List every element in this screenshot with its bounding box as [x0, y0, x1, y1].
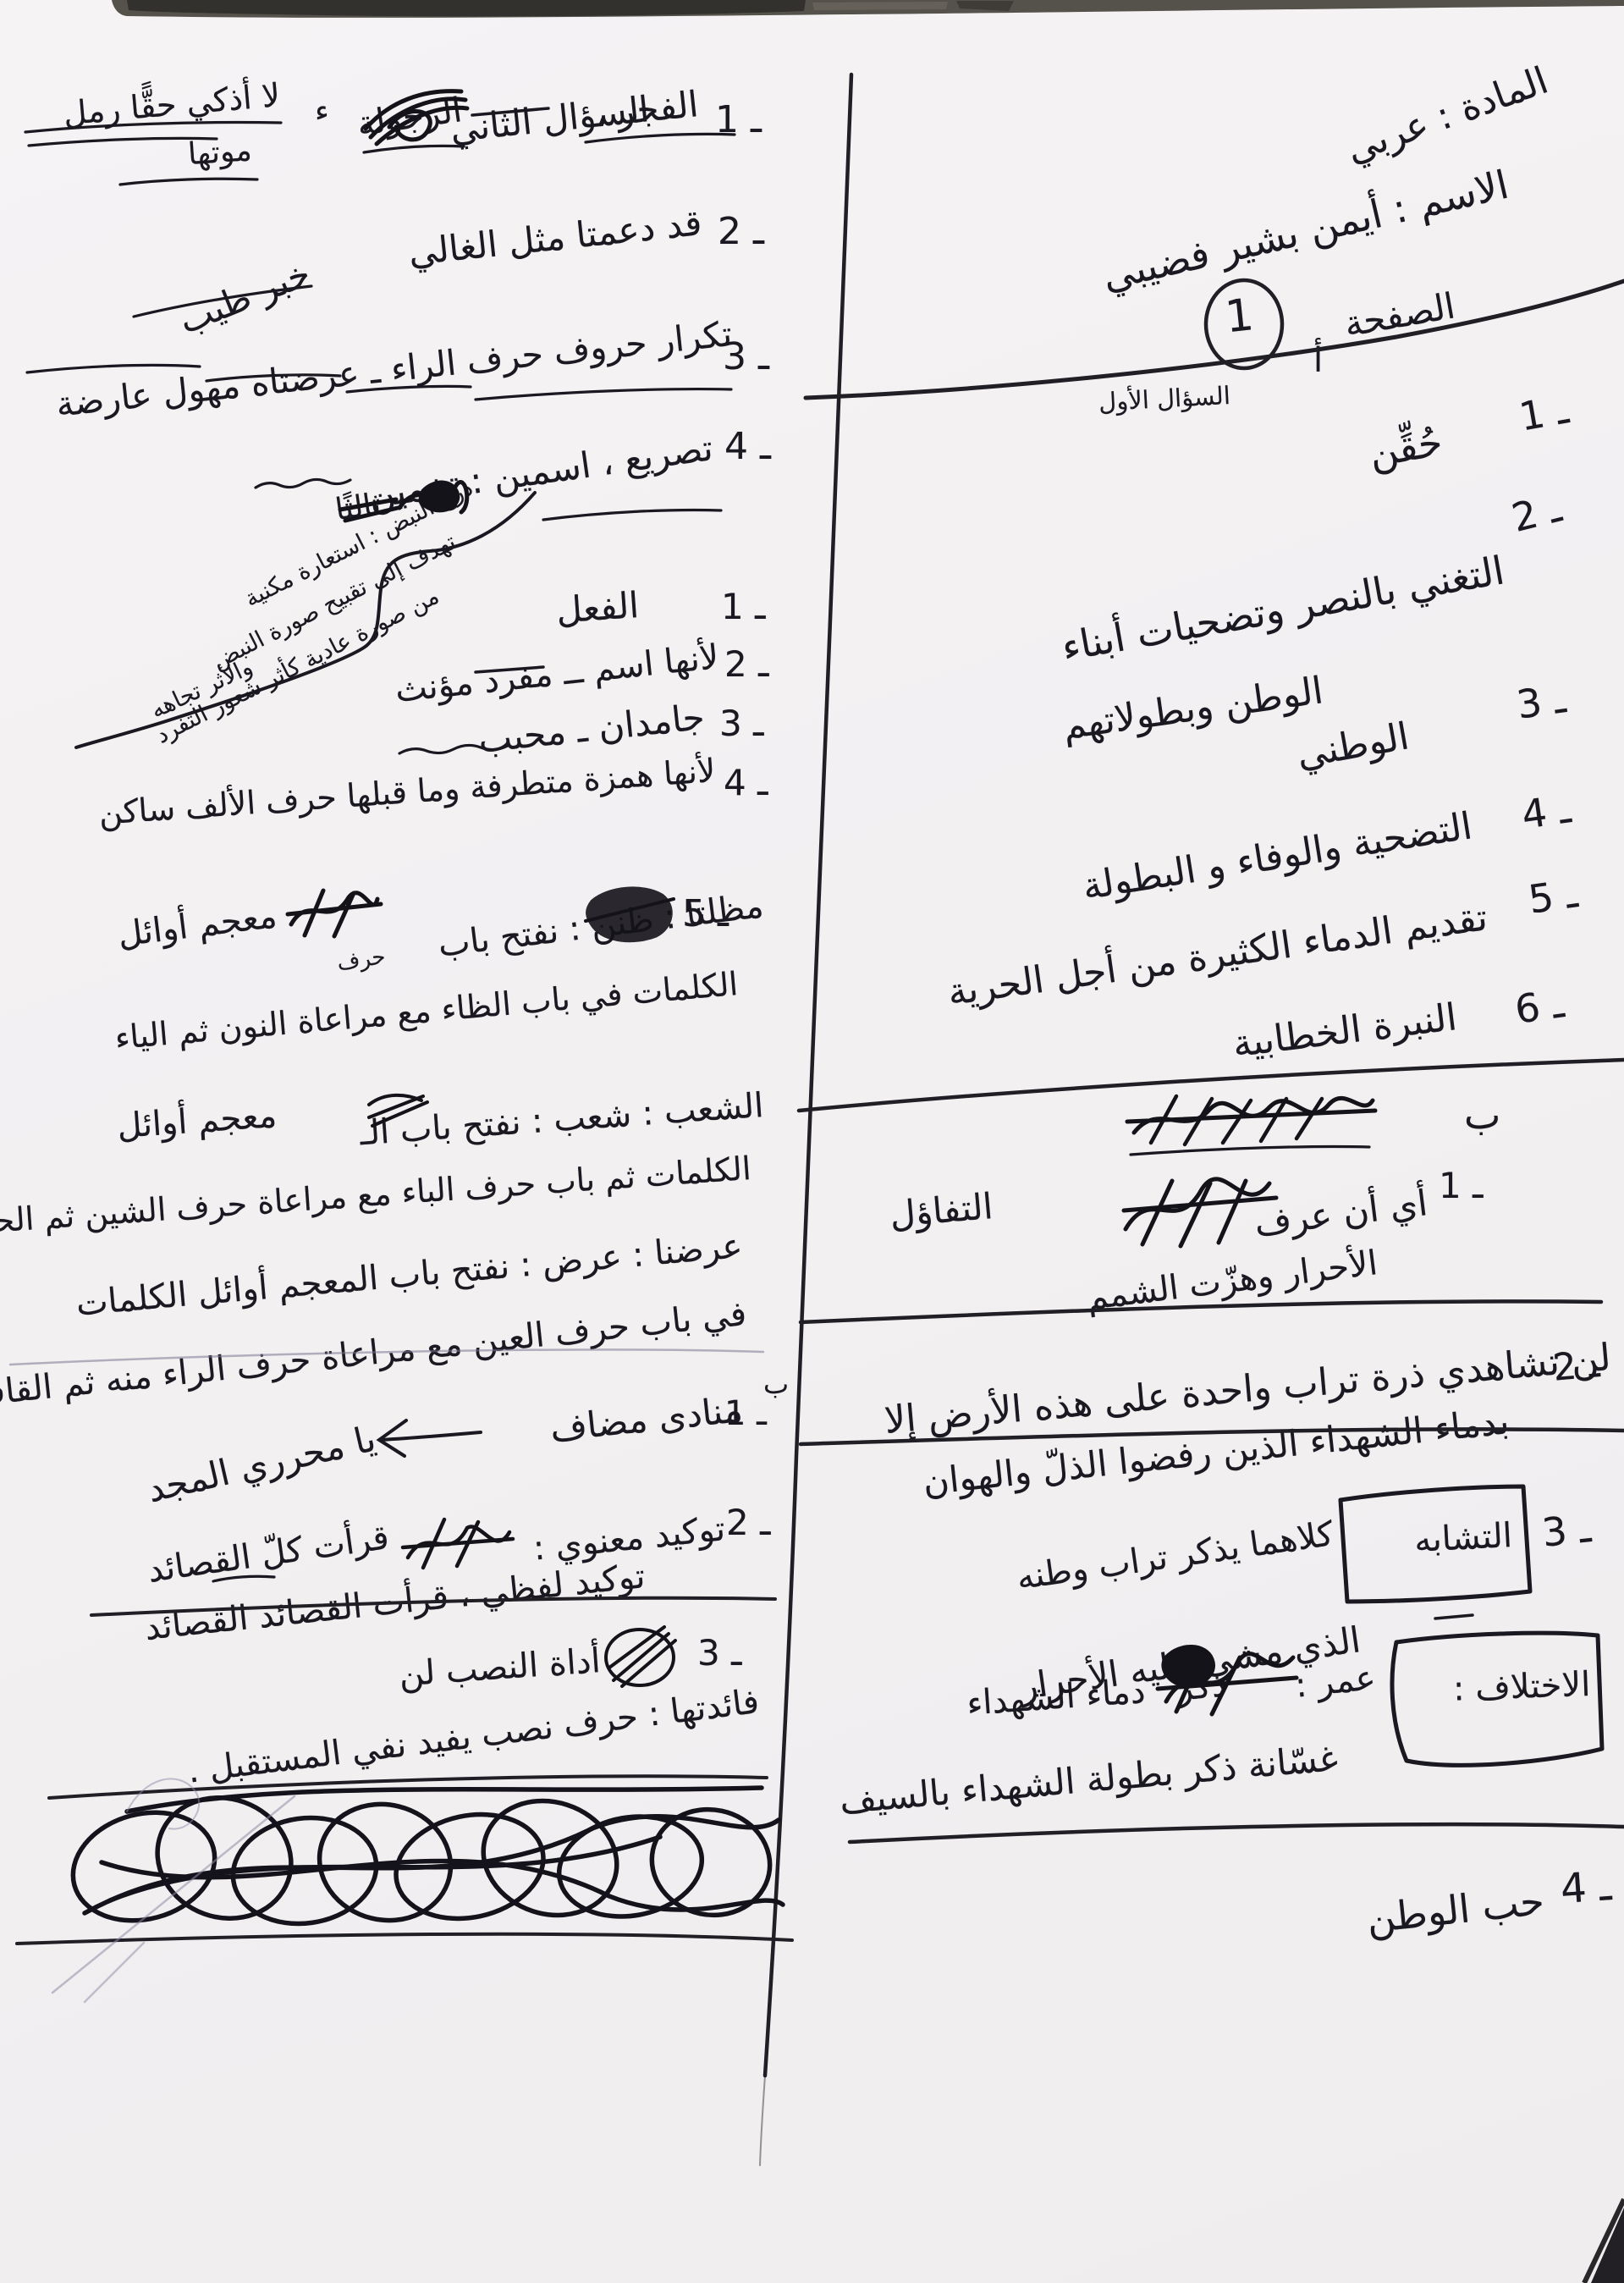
- q1-a5-text: تقديم الدماء الكثيرة من أجل الحرية: [945, 897, 1490, 1013]
- third-i3-text: جامدان ـ محبب: [476, 698, 707, 760]
- third-i1-number: 1 ـ: [721, 587, 765, 626]
- q2-i1-tail2: موتها: [186, 134, 252, 172]
- q1-a4-number: 4 ـ: [1519, 787, 1573, 836]
- q1-a2-number: 2 ـ: [1508, 487, 1566, 540]
- q2-i2-number: 2 ـ: [718, 212, 764, 252]
- q2b-i3-text: أداة النصب لن: [398, 1642, 602, 1694]
- q1-a3-text: الوطني: [1293, 716, 1412, 776]
- q2-i2-tail: خبر طيب: [174, 254, 317, 342]
- q2-i1-word1: الفجر ،: [592, 85, 700, 135]
- q2b-i3-line2: فائدتها : حرف نصب يفيد نفي المستقبل .: [186, 1683, 762, 1790]
- q1-a4-text: التضحية والوفاء و البطولة: [1080, 806, 1475, 908]
- q2-i1-word2: الرجولة: [355, 91, 464, 143]
- q2b-i1-example: يا محرري المجد: [144, 1420, 379, 1510]
- q2-i1-tail1: لا أذكي حقًّا رمل: [62, 78, 282, 132]
- third-i4-text: لأنها همزة متطرفة وما قبلها حرف الألف سا…: [97, 753, 716, 832]
- section-a-letter: أ: [1313, 342, 1323, 379]
- q1-diff-line2: غسّانة ذكر بطولة الشهداء بالسيف: [839, 1739, 1340, 1821]
- scanned-handwritten-exam-page: المادة : عربي الاسم : أيمن بشير فضيبي ال…: [0, 0, 1624, 2283]
- q1-a3-number: 3 ـ: [1514, 677, 1568, 726]
- q2b-i1-text: منادى مضاف: [548, 1390, 745, 1449]
- q1-b1-post: التفاؤل: [888, 1187, 994, 1235]
- third-i1-text: الفعل: [555, 586, 641, 631]
- q2b-i3-number: 3 ـ: [697, 1634, 741, 1673]
- dict-entry1-insertion: حرف: [336, 945, 388, 975]
- third-i4-number: 4 ـ: [724, 764, 768, 802]
- q1-b1-number: 1 ـ: [1439, 1166, 1483, 1205]
- q1-b4-text: حب الوطن: [1364, 1879, 1546, 1940]
- q1-b4-number: 4 ـ: [1559, 1864, 1612, 1912]
- section-b-letter-left: ب: [763, 1370, 789, 1399]
- q1-b1-line2: الأحرار وهزّت الشمم: [1084, 1244, 1379, 1317]
- q2-i1-number: 1 ـ: [715, 100, 762, 141]
- question1-title: السؤال الأول: [1098, 383, 1231, 416]
- page-number: 1: [1223, 291, 1256, 342]
- third-i3-number: 3 ـ: [719, 704, 763, 743]
- dict-entry1-line2: الكلمات في باب الظاء مع مراعاة النون ثم …: [113, 967, 740, 1056]
- q2-i4-number: 4 ـ: [724, 427, 771, 467]
- q1-a6-number: 6 ـ: [1512, 982, 1566, 1031]
- dict-entry1-part-a: مظلتا : ظنن : نفتح باب: [436, 887, 765, 964]
- q1-a2-line1: التغني بالنصر وتضحيات أبناء: [1059, 549, 1508, 669]
- q2b-i2-number: 2 ـ: [726, 1503, 770, 1542]
- q2b-i2-example: قرأت كلّ القصائد: [145, 1519, 391, 1590]
- q1-diff-tail: دماء الشهداء: [966, 1673, 1147, 1723]
- difference-box-label: الاختلاف :: [1452, 1666, 1591, 1708]
- q1-b3-line1: كلاهما يذكر تراب وطنه: [1014, 1515, 1335, 1596]
- q1-diff-pre: عمر :: [1293, 1659, 1377, 1705]
- q2-i2-text: قد دعمتا مثل الغالي: [406, 203, 703, 273]
- subject-line: المادة : عربي: [1340, 60, 1553, 171]
- dict-entry2-line2: الكلمات ثم باب حرف الباء مع مراعاة حرف ا…: [0, 1151, 751, 1241]
- dict-entry2-part-a: الشعب : شعب : نفتح باب الـ: [358, 1087, 764, 1152]
- q1-b1-pre: أي أن عرف: [1252, 1183, 1430, 1244]
- q1-a2-line2: الوطن وبطولاتهم: [1060, 670, 1326, 747]
- q1-a6-text: النبرة الخطابية: [1230, 997, 1459, 1065]
- student-name-line: الاسم : أيمن بشير فضيبي: [1098, 163, 1511, 299]
- similarity-box-label: التشابه: [1413, 1517, 1513, 1559]
- third-i2-number: 2 ـ: [724, 645, 768, 684]
- page-label: الصفحة: [1341, 286, 1458, 344]
- dict-entry2-part-b: معجم أوائل: [116, 1097, 278, 1145]
- q2-i1-hamza: ء: [315, 95, 329, 129]
- q1-b3-number: 3 ـ: [1540, 1507, 1593, 1554]
- q2-i3-text: تكرار حروف حرف الراء ـ عرضتاه مهول عارضة: [54, 315, 734, 424]
- text-layer: المادة : عربي الاسم : أيمن بشير فضيبي ال…: [0, 0, 1624, 2283]
- q1-a1-number: 1 ـ: [1516, 388, 1571, 438]
- section-b-letter-right: ب: [1464, 1094, 1500, 1137]
- q1-a5-number: 5 ـ: [1526, 872, 1580, 921]
- dict-entry1-part-b: معجم أوائل: [116, 897, 279, 954]
- q1-a1-text: حُقِّن: [1366, 420, 1445, 475]
- q1-diff-mid: ذكر: [1175, 1666, 1228, 1708]
